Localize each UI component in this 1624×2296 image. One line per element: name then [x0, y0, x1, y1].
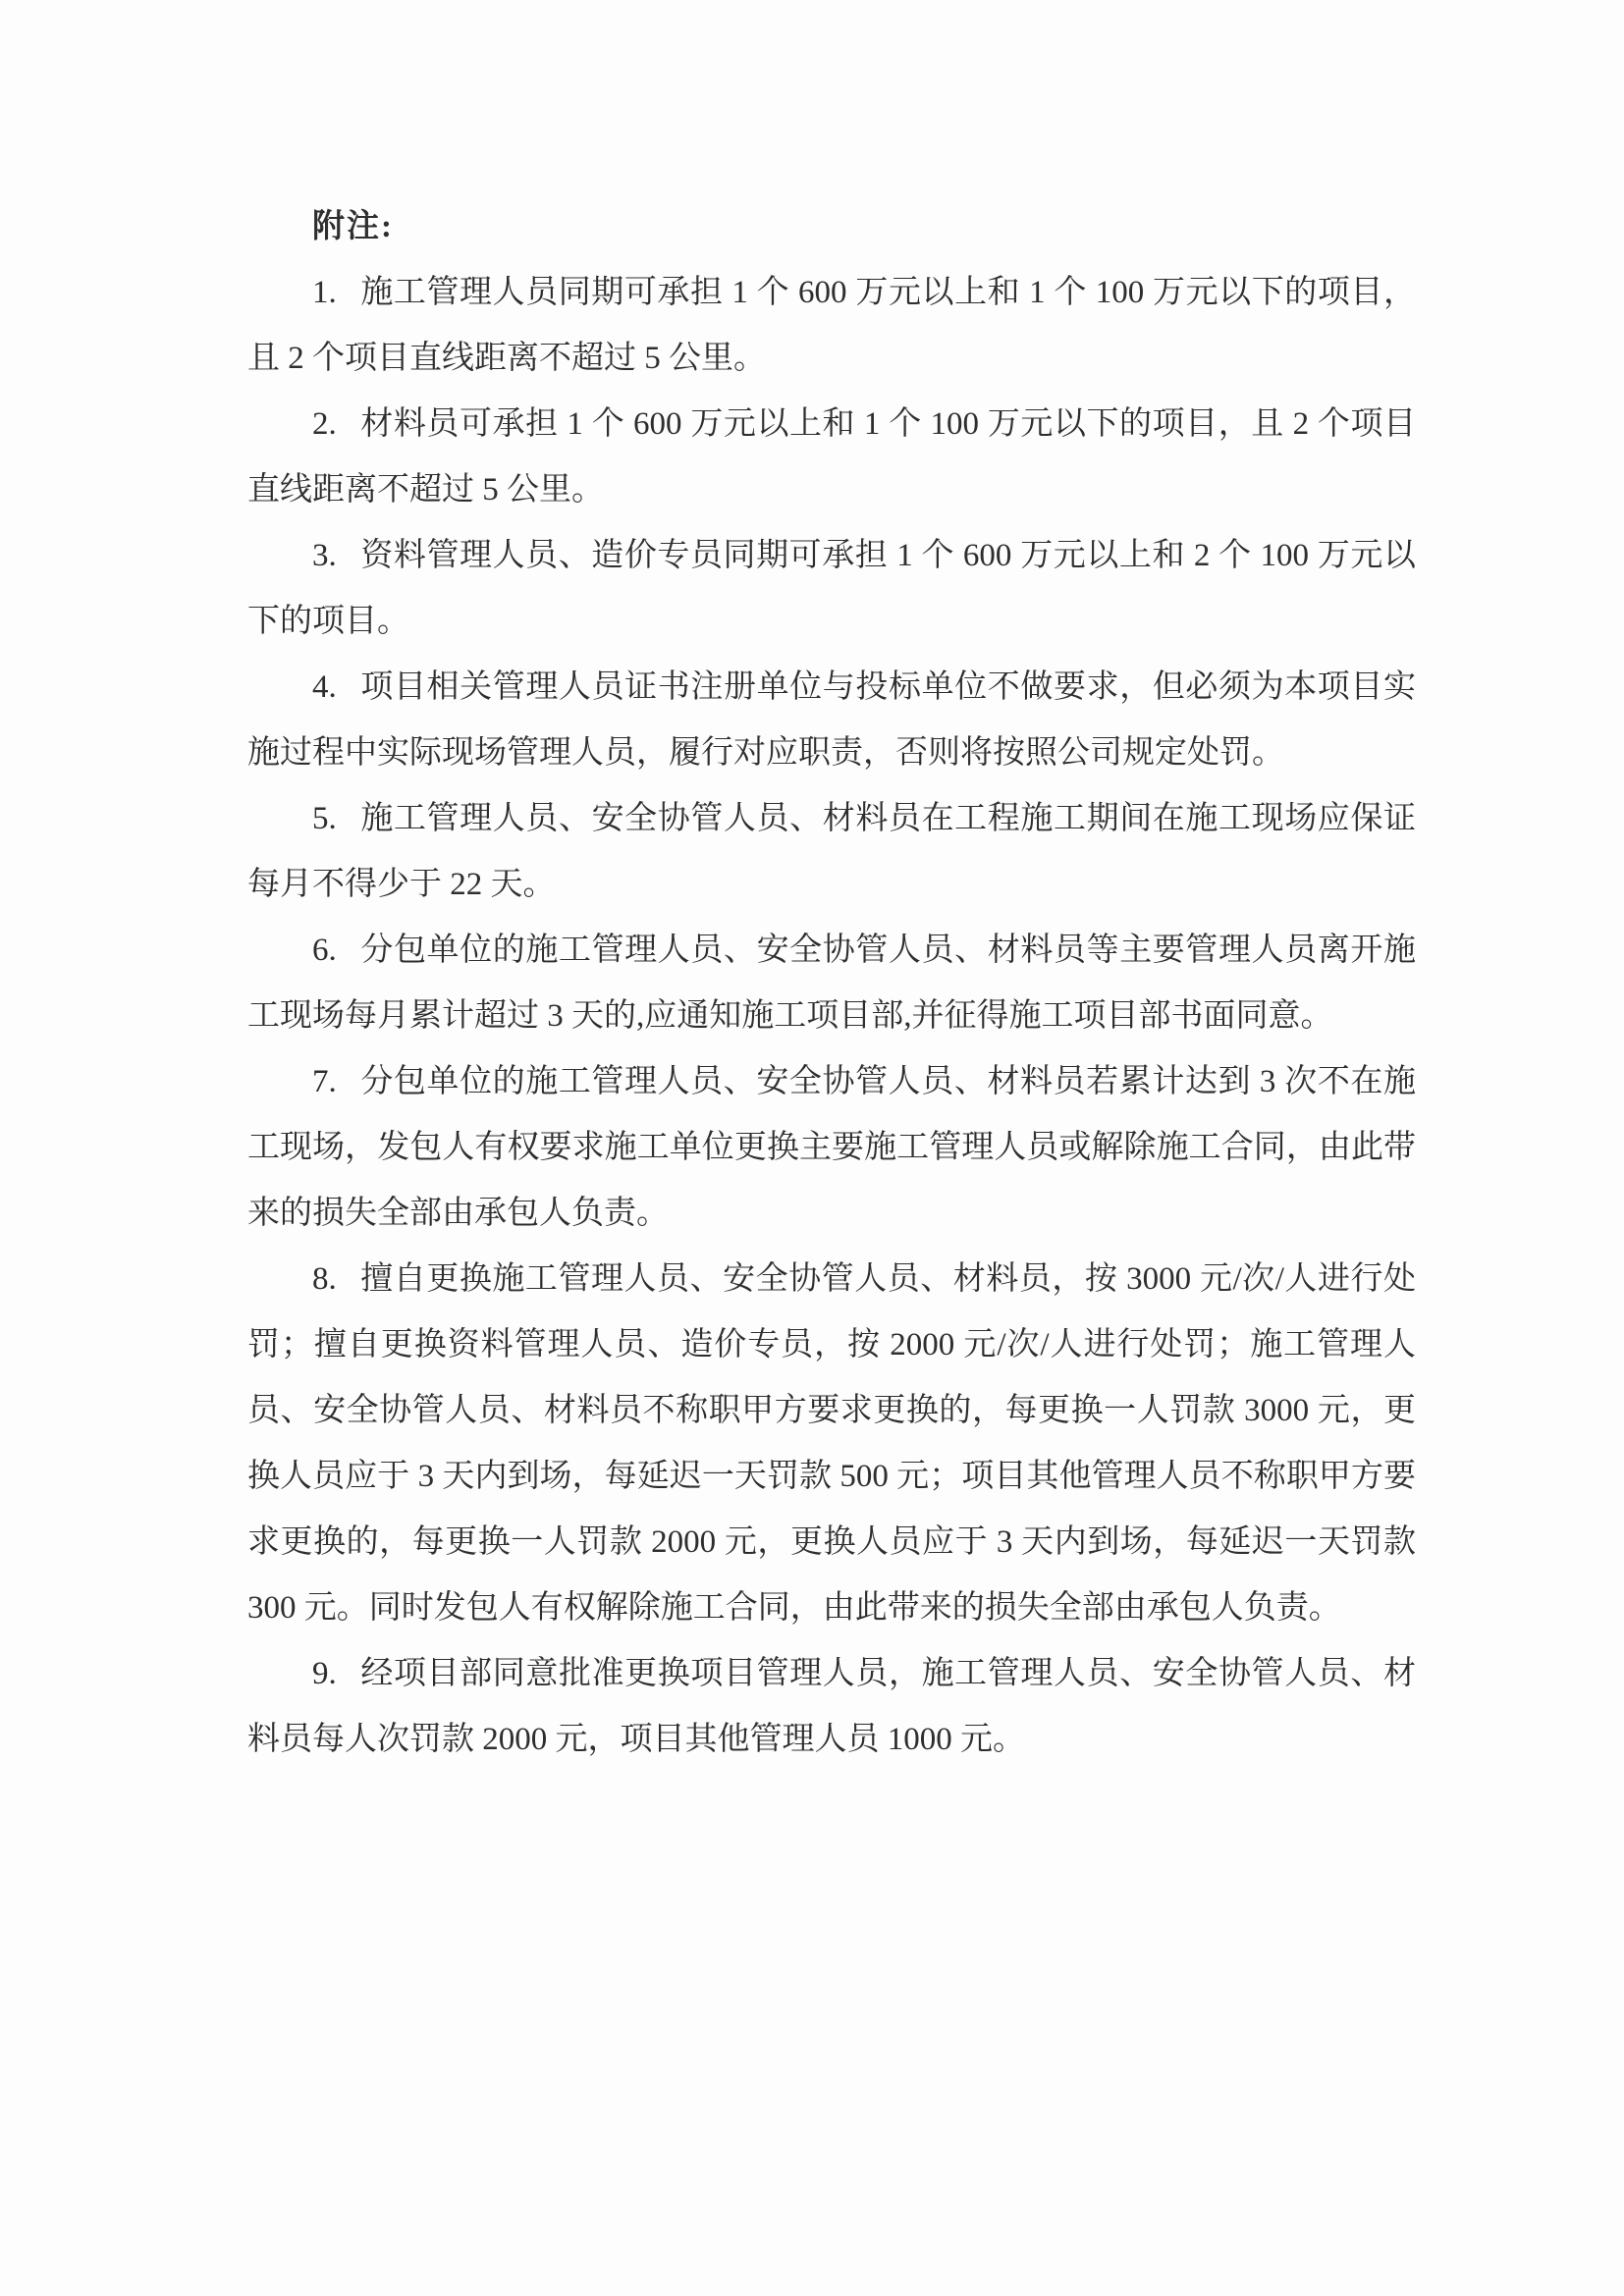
note-number: 3. [312, 538, 337, 573]
note-item: 7.分包单位的施工管理人员、安全协管人员、材料员若累计达到 3 次不在施工现场，… [247, 1049, 1416, 1247]
document-page: 附注: 1.施工管理人员同期可承担 1 个 600 万元以上和 1 个 100 … [0, 0, 1624, 2296]
note-text: 材料员可承担 1 个 600 万元以上和 1 个 100 万元以下的项目，且 2… [247, 406, 1416, 507]
note-item: 4.项目相关管理人员证书注册单位与投标单位不做要求，但必须为本项目实施过程中实际… [247, 655, 1416, 786]
note-text: 分包单位的施工管理人员、安全协管人员、材料员等主要管理人员离开施工现场每月累计超… [247, 933, 1416, 1034]
note-text: 经项目部同意批准更换项目管理人员，施工管理人员、安全协管人员、材料员每人次罚款 … [247, 1656, 1416, 1757]
note-text: 分包单位的施工管理人员、安全协管人员、材料员若累计达到 3 次不在施工现场，发包… [247, 1064, 1416, 1231]
note-number: 1. [312, 275, 337, 310]
note-number: 6. [312, 933, 337, 968]
note-number: 7. [312, 1064, 337, 1099]
note-item: 3.资料管理人员、造价专员同期可承担 1 个 600 万元以上和 2 个 100… [247, 523, 1416, 655]
note-item: 6.分包单位的施工管理人员、安全协管人员、材料员等主要管理人员离开施工现场每月累… [247, 918, 1416, 1049]
note-item: 8.擅自更换施工管理人员、安全协管人员、材料员，按 3000 元/次/人进行处罚… [247, 1247, 1416, 1641]
note-text: 项目相关管理人员证书注册单位与投标单位不做要求，但必须为本项目实施过程中实际现场… [247, 669, 1416, 771]
note-number: 8. [312, 1261, 337, 1297]
notes-heading: 附注: [247, 194, 1416, 260]
note-number: 9. [312, 1656, 337, 1691]
note-text: 擅自更换施工管理人员、安全协管人员、材料员，按 3000 元/次/人进行处罚；擅… [247, 1261, 1416, 1626]
note-item: 2.材料员可承担 1 个 600 万元以上和 1 个 100 万元以下的项目，且… [247, 392, 1416, 523]
note-text: 施工管理人员同期可承担 1 个 600 万元以上和 1 个 100 万元以下的项… [247, 275, 1416, 376]
note-item: 5.施工管理人员、安全协管人员、材料员在工程施工期间在施工现场应保证每月不得少于… [247, 786, 1416, 918]
note-item: 1.施工管理人员同期可承担 1 个 600 万元以上和 1 个 100 万元以下… [247, 260, 1416, 392]
note-text: 资料管理人员、造价专员同期可承担 1 个 600 万元以上和 2 个 100 万… [247, 538, 1416, 639]
note-number: 5. [312, 801, 337, 836]
note-number: 2. [312, 406, 337, 442]
note-number: 4. [312, 669, 337, 705]
note-text: 施工管理人员、安全协管人员、材料员在工程施工期间在施工现场应保证每月不得少于 2… [247, 801, 1416, 902]
note-item: 9.经项目部同意批准更换项目管理人员，施工管理人员、安全协管人员、材料员每人次罚… [247, 1641, 1416, 1773]
